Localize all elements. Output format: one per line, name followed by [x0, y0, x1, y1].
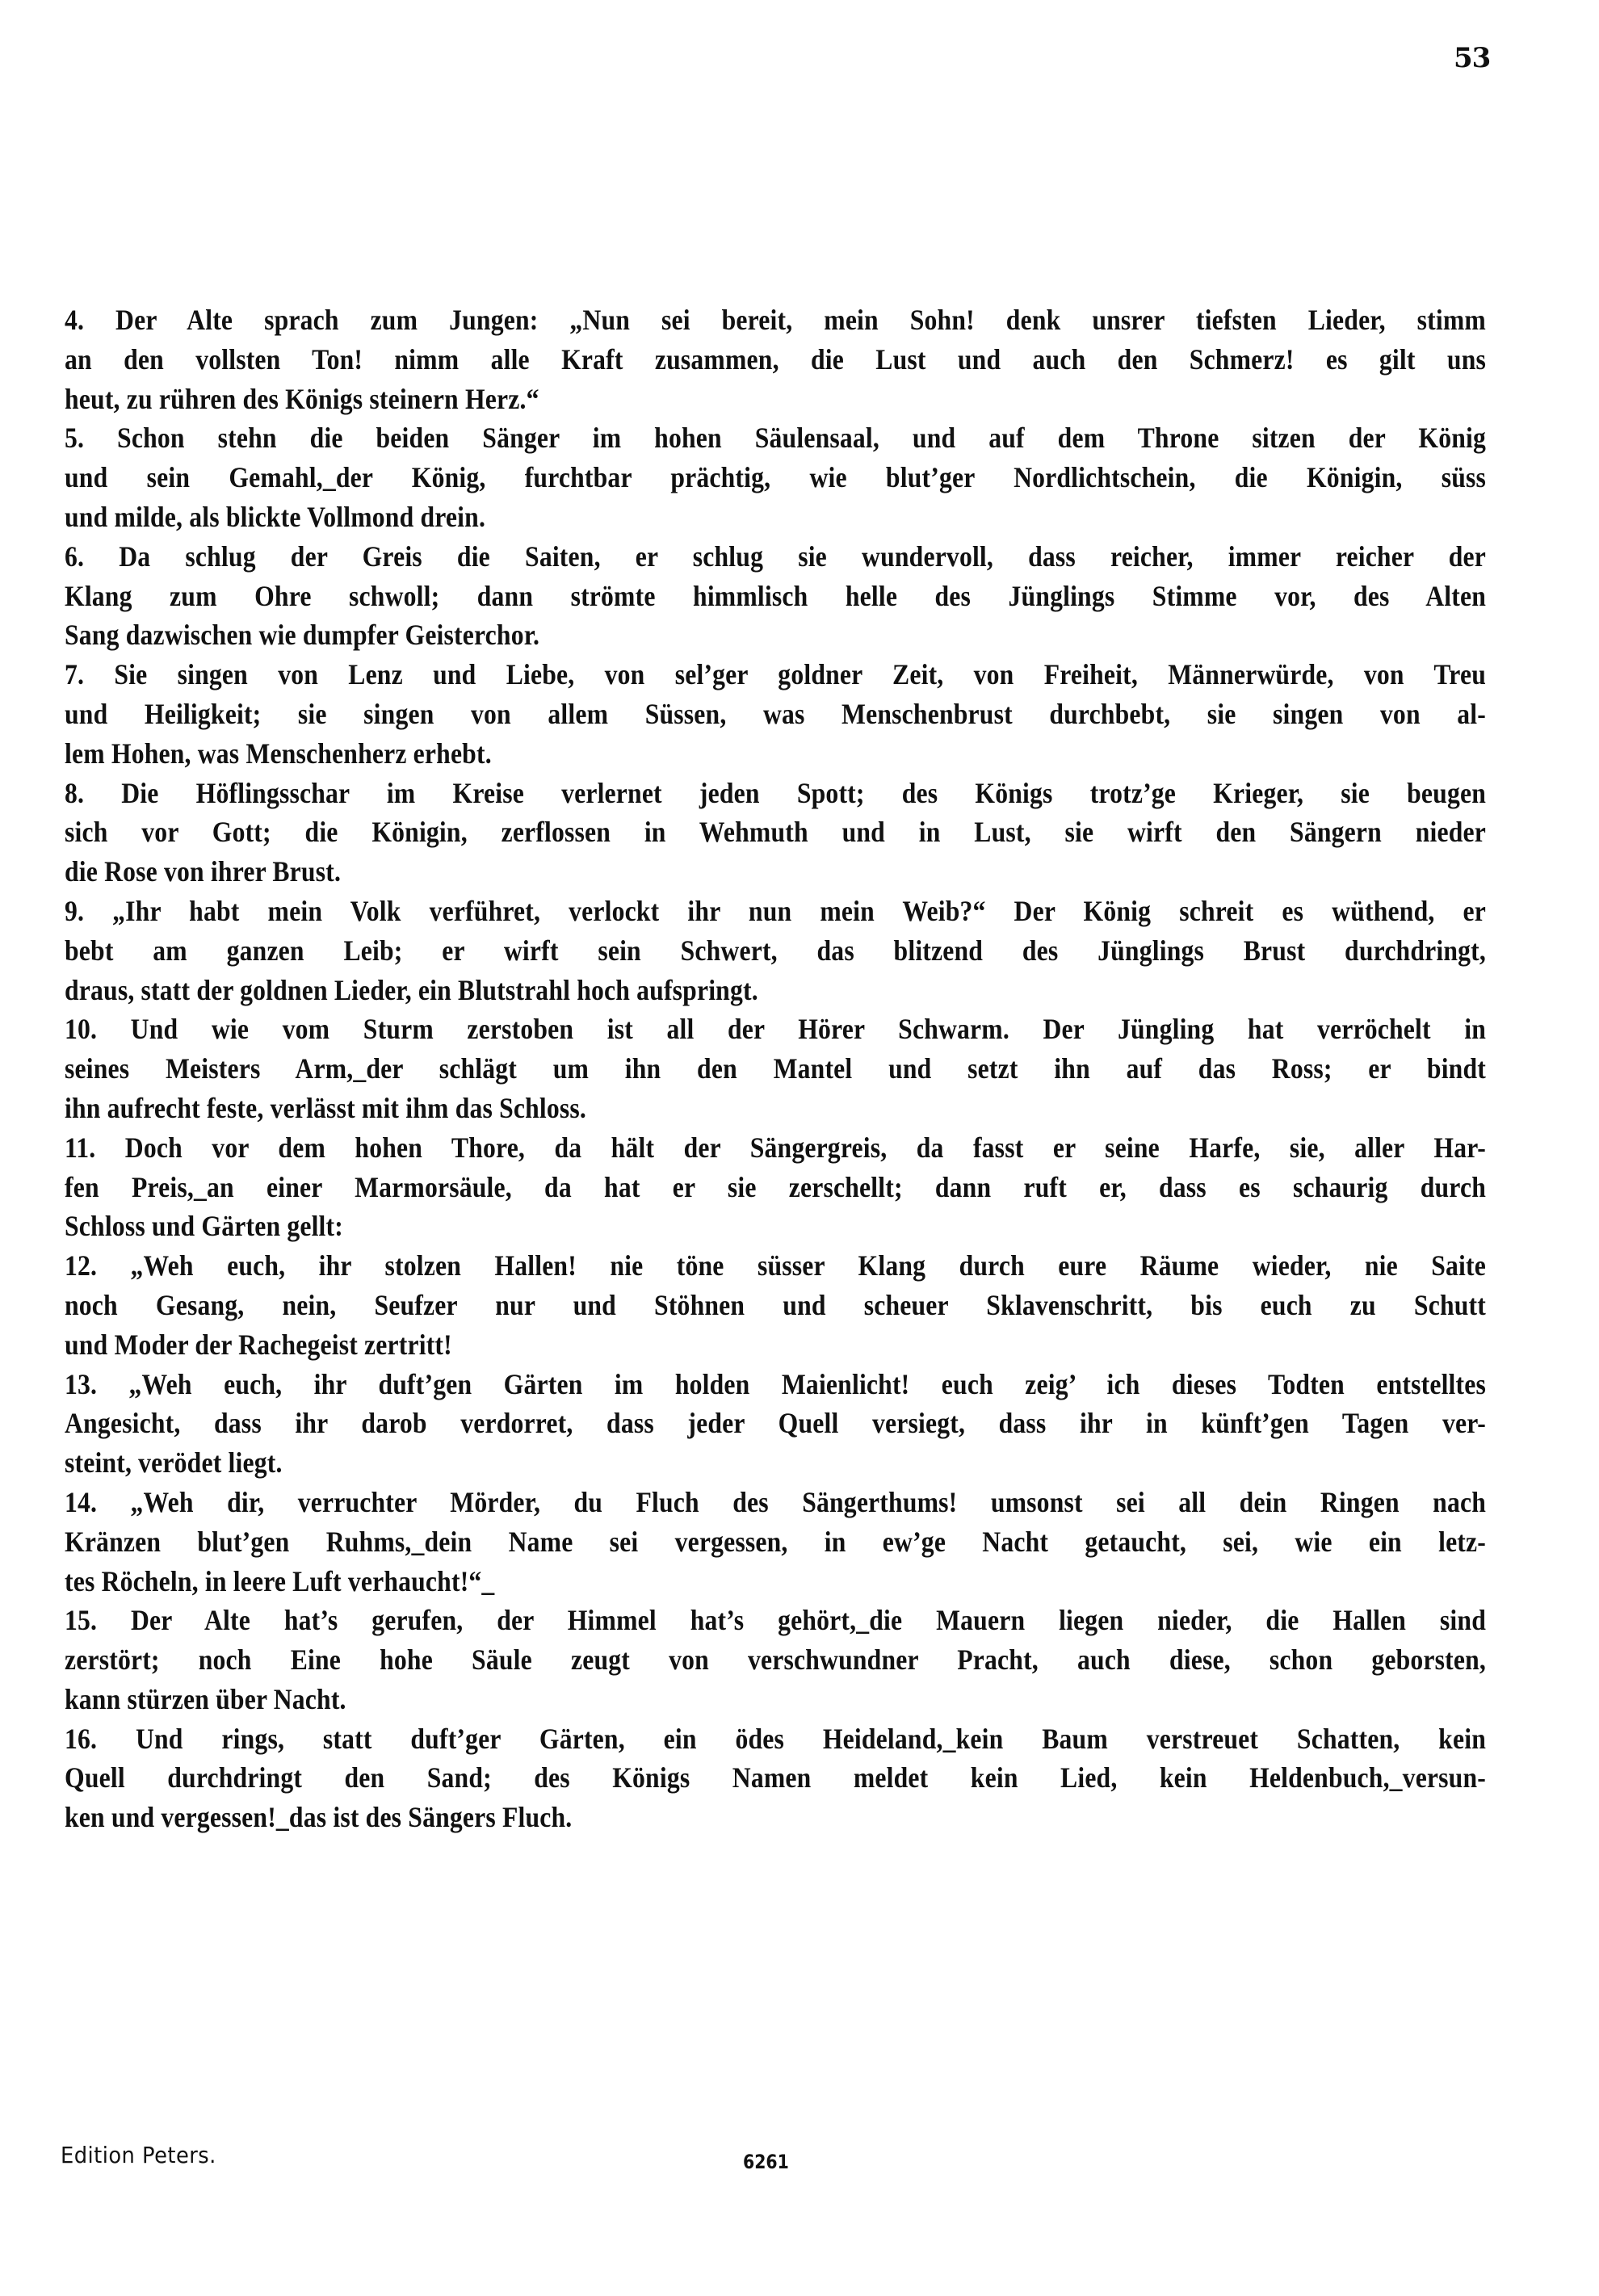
stanza: 12. „Weh euch, ihr stolzen Hallen! nie t… — [65, 1246, 1486, 1364]
publisher-imprint: Edition Peters. — [61, 2142, 216, 2169]
stanza: 10. Und wie vom Sturm zerstoben ist all … — [65, 1009, 1486, 1127]
stanza-line: 15. Der Alte hat’s gerufen, der Himmel h… — [65, 1601, 1486, 1640]
stanza: 16. Und rings, statt duft’ger Gärten, ei… — [65, 1719, 1486, 1837]
stanza: 6. Da schlug der Greis die Saiten, er sc… — [65, 537, 1486, 655]
stanza: 13. „Weh euch, ihr duft’gen Gärten im ho… — [65, 1365, 1486, 1483]
stanza-line: Angesicht, dass ihr darob verdorret, das… — [65, 1404, 1486, 1443]
stanza-line: Kränzen blut’gen Ruhms,_dein Name sei ve… — [65, 1522, 1486, 1562]
stanza: 4. Der Alte sprach zum Jungen: „Nun sei … — [65, 300, 1486, 418]
lyrics-text-block: 4. Der Alte sprach zum Jungen: „Nun sei … — [65, 300, 1486, 1837]
stanza-line: 10. Und wie vom Sturm zerstoben ist all … — [65, 1009, 1486, 1049]
stanza-line: ken und vergessen!_das ist des Sängers F… — [65, 1798, 1486, 1837]
stanza-line: und Moder der Rachegeist zertritt! — [65, 1325, 1486, 1365]
stanza-line: 14. „Weh dir, verruchter Mörder, du Fluc… — [65, 1483, 1486, 1522]
stanza-line: 7. Sie singen von Lenz und Liebe, von se… — [65, 655, 1486, 695]
stanza-line: und milde, als blickte Vollmond drein. — [65, 497, 1486, 537]
stanza-line: 9. „Ihr habt mein Volk verführet, verloc… — [65, 892, 1486, 931]
stanza-line: heut, zu rühren des Königs steinern Herz… — [65, 380, 1486, 419]
stanza: 5. Schon stehn die beiden Sänger im hohe… — [65, 418, 1486, 536]
stanza-line: 16. Und rings, statt duft’ger Gärten, ei… — [65, 1719, 1486, 1759]
stanza-line: steint, verödet liegt. — [65, 1443, 1486, 1483]
stanza-line: 5. Schon stehn die beiden Sänger im hohe… — [65, 418, 1486, 458]
stanza-line: Klang zum Ohre schwoll; dann strömte him… — [65, 577, 1486, 616]
stanza-line: lem Hohen, was Menschenherz erhebt. — [65, 734, 1486, 774]
stanza-line: 8. Die Höflingsschar im Kreise verlernet… — [65, 774, 1486, 813]
page-number: 53 — [1454, 42, 1490, 74]
stanza-line: draus, statt der goldnen Lieder, ein Blu… — [65, 971, 1486, 1010]
stanza-line: Sang dazwischen wie dumpfer Geisterchor. — [65, 615, 1486, 655]
stanza-line: bebt am ganzen Leib; er wirft sein Schwe… — [65, 931, 1486, 971]
stanza: 11. Doch vor dem hohen Thore, da hält de… — [65, 1128, 1486, 1246]
stanza-line: zerstört; noch Eine hohe Säule zeugt von… — [65, 1640, 1486, 1680]
stanza-line: tes Röcheln, in leere Luft verhaucht!“_ — [65, 1562, 1486, 1601]
stanza-line: seines Meisters Arm,_der schlägt um ihn … — [65, 1049, 1486, 1089]
stanza-line: noch Gesang, nein, Seufzer nur und Stöhn… — [65, 1286, 1486, 1325]
stanza-line: 12. „Weh euch, ihr stolzen Hallen! nie t… — [65, 1246, 1486, 1286]
stanza-line: sich vor Gott; die Königin, zerflossen i… — [65, 812, 1486, 852]
stanza-line: 13. „Weh euch, ihr duft’gen Gärten im ho… — [65, 1365, 1486, 1404]
stanza-line: und Heiligkeit; sie singen von allem Süs… — [65, 695, 1486, 734]
stanza-line: die Rose von ihrer Brust. — [65, 852, 1486, 892]
stanza: 9. „Ihr habt mein Volk verführet, verloc… — [65, 892, 1486, 1009]
stanza: 15. Der Alte hat’s gerufen, der Himmel h… — [65, 1601, 1486, 1719]
stanza-line: 4. Der Alte sprach zum Jungen: „Nun sei … — [65, 300, 1486, 340]
stanza: 7. Sie singen von Lenz und Liebe, von se… — [65, 655, 1486, 773]
stanza-line: Quell durchdringt den Sand; des Königs N… — [65, 1758, 1486, 1798]
stanza: 14. „Weh dir, verruchter Mörder, du Fluc… — [65, 1483, 1486, 1601]
stanza-line: an den vollsten Ton! nimm alle Kraft zus… — [65, 340, 1486, 380]
stanza: 8. Die Höflingsschar im Kreise verlernet… — [65, 774, 1486, 892]
stanza-line: 11. Doch vor dem hohen Thore, da hält de… — [65, 1128, 1486, 1168]
plate-number: 6261 — [743, 2150, 789, 2174]
stanza-line: Schloss und Gärten gellt: — [65, 1207, 1486, 1246]
stanza-line: 6. Da schlug der Greis die Saiten, er sc… — [65, 537, 1486, 577]
stanza-line: und sein Gemahl,_der König, furchtbar pr… — [65, 458, 1486, 497]
stanza-line: kann stürzen über Nacht. — [65, 1680, 1486, 1719]
stanza-line: ihn aufrecht feste, verlässt mit ihm das… — [65, 1089, 1486, 1128]
stanza-line: fen Preis,_an einer Marmorsäule, da hat … — [65, 1168, 1486, 1207]
